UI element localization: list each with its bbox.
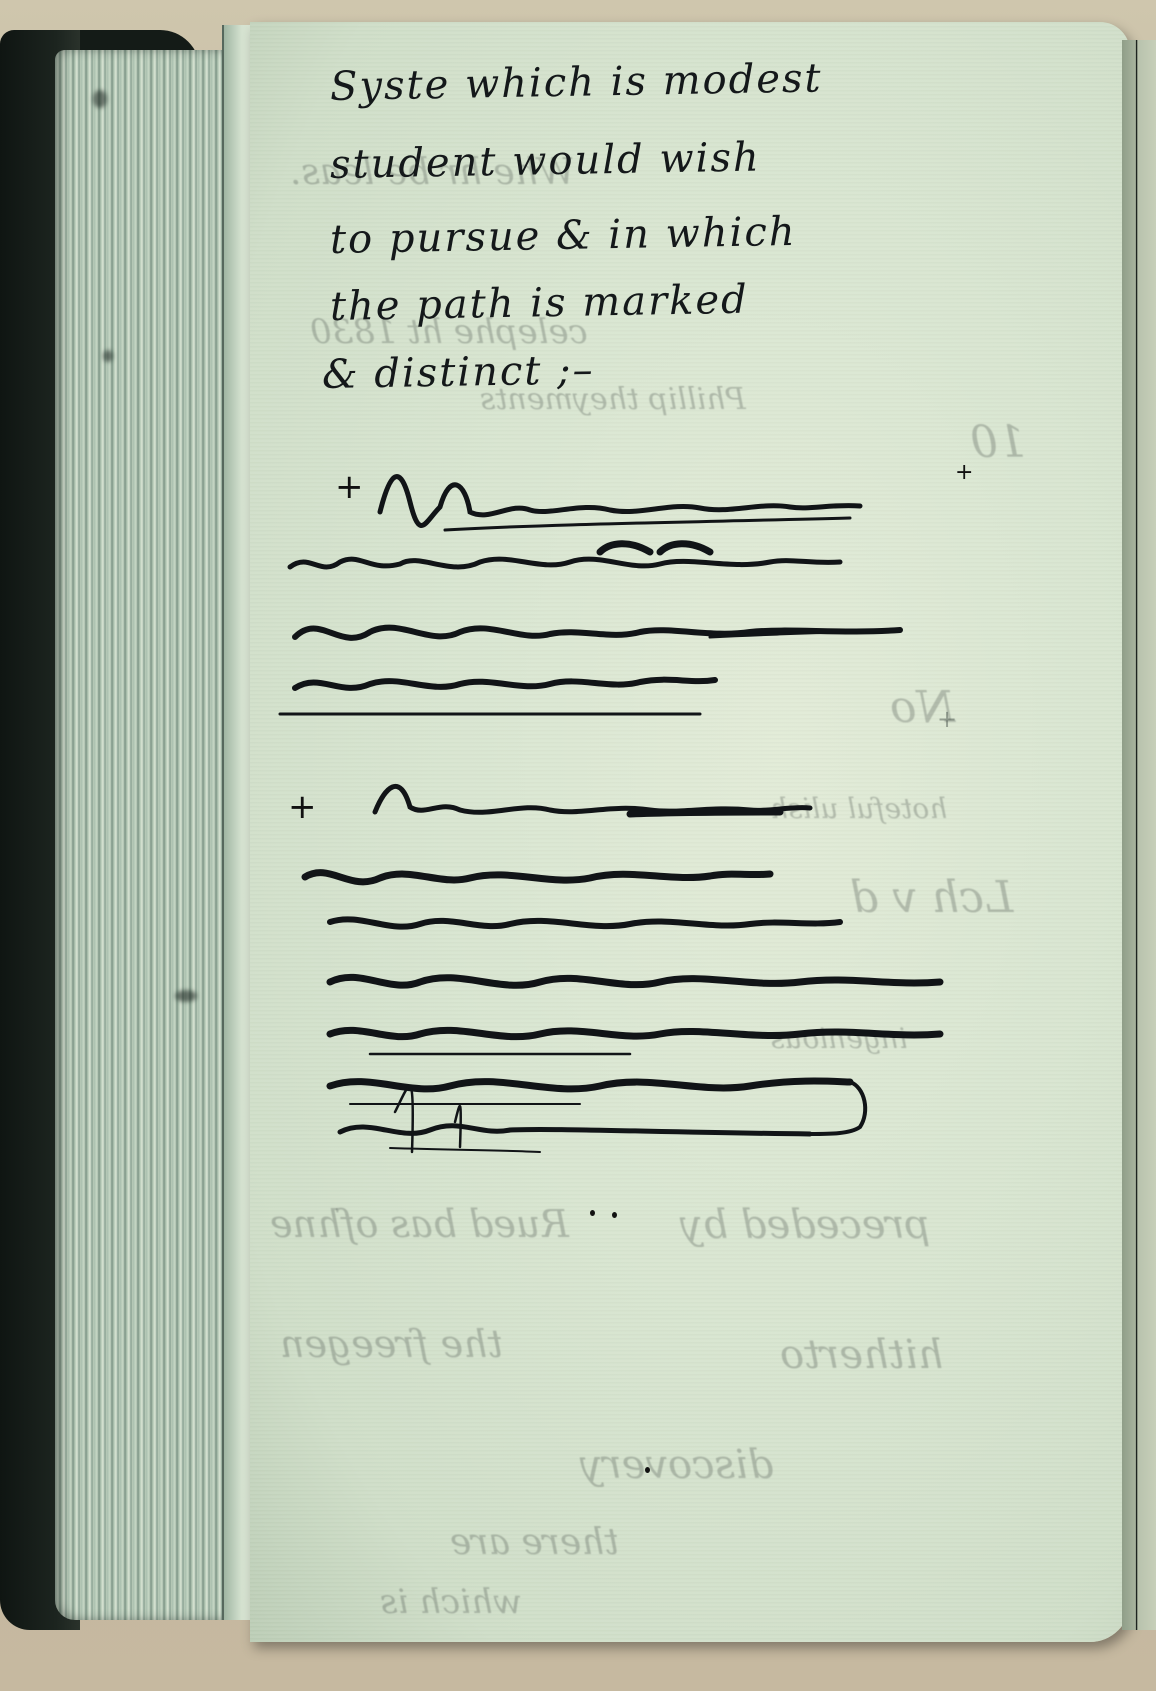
- bleed-through-text: there are: [450, 1522, 619, 1563]
- manuscript-photo: Whe hr be leas. celephe ht 1830 Phillip …: [0, 0, 1156, 1691]
- next-page-edge: [1122, 40, 1156, 1630]
- ink-mark: [590, 1210, 595, 1216]
- handwritten-line: to pursue & in which: [330, 209, 797, 263]
- handwritten-line: & distinct ;–: [322, 347, 595, 398]
- bleed-through-text: Rued bas ofhne: [270, 1202, 569, 1246]
- page-edges-stack: [55, 50, 225, 1620]
- bleed-through-text: discovery: [580, 1442, 773, 1488]
- struck-line: [illegible — struck through]: [380, 487, 914, 531]
- handwritten-line: student would wish: [330, 134, 761, 188]
- bleed-through-text: the freegen: [280, 1322, 503, 1366]
- ink-stain: [175, 990, 197, 1002]
- ink-mark: [612, 1212, 617, 1218]
- handwritten-line: Syste which is modest: [330, 55, 823, 110]
- ink-stain: [93, 90, 107, 108]
- bleed-through-text: preceded by: [680, 1202, 930, 1248]
- bleed-through-text: which is: [380, 1582, 522, 1622]
- margin-plus-mark: +: [937, 707, 957, 731]
- bleed-through-text: hitherto: [780, 1332, 943, 1378]
- ink-mark: [645, 1467, 650, 1473]
- ink-stain: [103, 350, 113, 362]
- crossed-out-scribble: [250, 782, 1130, 1202]
- handwritten-line: the path is marked: [330, 277, 749, 330]
- margin-plus-mark: +: [955, 462, 973, 484]
- notebook-page: Whe hr be leas. celephe ht 1830 Phillip …: [250, 22, 1130, 1642]
